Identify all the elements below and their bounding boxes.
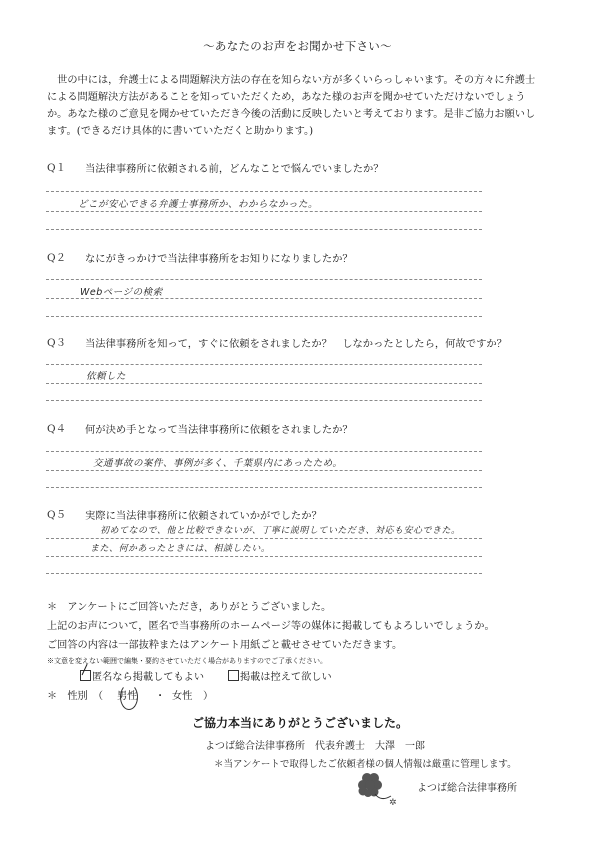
answer-line: [46, 229, 482, 230]
answer-line: [46, 487, 482, 488]
question-number: Q１: [47, 160, 66, 175]
question-text: 実際に当法律事務所に依頼されていかがでしたか？: [85, 507, 322, 522]
checkbox-unchecked[interactable]: [228, 670, 239, 681]
question-number: Q３: [47, 335, 66, 350]
gender-separator: ・: [155, 687, 165, 702]
intro-line: による問題解決方法があることを知っていただくため，あなた様のお声を聞かせていただ…: [47, 89, 552, 106]
gender-close-paren: ）: [203, 687, 213, 702]
option-anonymous-ok[interactable]: 匿名なら掲載してもよい: [80, 668, 204, 683]
gender-label: ＊ 性別 （: [47, 687, 103, 702]
svg-text:✲: ✲: [389, 798, 397, 806]
checkbox-checked[interactable]: [80, 670, 91, 681]
survey-thanks: ＊ アンケートにご回答いただき，ありがとうございました。: [47, 598, 331, 613]
answer-line: [46, 298, 482, 299]
answer-line: [46, 538, 482, 539]
privacy-note: ＊当アンケートで取得したご依頼者様の個人情報は厳重に管理します。: [214, 756, 517, 770]
answer-text[interactable]: また、何かあったときには、相談したい。: [90, 541, 270, 554]
answer-line: [46, 279, 482, 280]
answer-line: [46, 556, 482, 557]
answer-text[interactable]: Webページの検索: [80, 284, 163, 298]
answer-line: [46, 451, 482, 452]
consent-detail: ご回答の内容は一部抜粋またはアンケート用紙ごと載せさせていただきます。: [47, 636, 402, 651]
gender-option-female[interactable]: 女性: [172, 687, 192, 702]
answer-text[interactable]: どこが安心できる弁護士事務所か、わからなかった。: [78, 196, 318, 210]
question-text: 当法律事務所を知って，すぐに依頼をされましたか？ しなかったとしたら，何故ですか…: [85, 335, 507, 350]
answer-line: [46, 211, 482, 212]
option-label: 匿名なら掲載してもよい: [92, 672, 204, 683]
answer-text[interactable]: 依頼した: [86, 368, 126, 382]
answer-text[interactable]: 初めてなので、他と比較できないが、丁寧に説明していただき、対応も安心できた。: [100, 523, 460, 536]
answer-line: [46, 383, 482, 384]
option-label: 掲載は控えて欲しい: [240, 672, 332, 683]
answer-line: [46, 400, 482, 401]
answer-text[interactable]: 交通事故の案件、事例が多く、千葉県内にあったため。: [93, 455, 342, 469]
intro-line: 世の中には，弁護士による問題解決方法の存在を知らない方が多くいらっしゃいます。そ…: [47, 72, 552, 89]
option-decline[interactable]: 掲載は控えて欲しい: [228, 668, 332, 683]
answer-line: [46, 573, 482, 574]
question-number: Q５: [47, 507, 66, 522]
signature: よつば総合法律事務所 代表弁護士 大澤 一郎: [205, 737, 425, 752]
page-title: ～あなたのお声をお聞かせ下さい～: [0, 38, 595, 54]
intro-paragraph: 世の中には，弁護士による問題解決方法の存在を知らない方が多くいらっしゃいます。そ…: [47, 72, 552, 140]
answer-line: [46, 470, 482, 471]
question-text: 当法律事務所に依頼される前，どんなことで悩んでいましたか？: [85, 160, 384, 175]
intro-line: か。あなた様のご意見を聞かせていただき今後の活動に反映したいと考えております。是…: [47, 106, 552, 123]
question-number: Q２: [47, 250, 66, 265]
brand-name: よつば総合法律事務所: [417, 779, 517, 794]
selection-circle-icon: [120, 684, 138, 710]
clover-logo-icon: ✲: [357, 772, 403, 806]
question-number: Q４: [47, 421, 66, 436]
intro-line: ます。(できるだけ具体的に書いていただくと助かります。): [47, 123, 552, 140]
answer-line: [46, 191, 482, 192]
question-text: 何が決め手となって当法律事務所に依頼をされましたか？: [85, 421, 353, 436]
consent-question: 上記のお声について，匿名で当事務所のホームページ等の媒体に掲載してもよろしいでし…: [47, 617, 495, 632]
question-text: なにがきっかけで当法律事務所をお知りになりましたか？: [85, 250, 353, 265]
answer-line: [46, 316, 482, 317]
answer-line: [46, 364, 482, 365]
closing-thanks: ご協力本当にありがとうございました。: [192, 714, 408, 731]
